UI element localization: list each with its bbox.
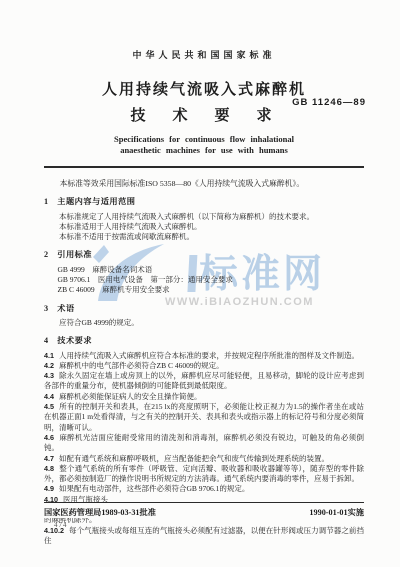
section-heading: 4 技术要求 bbox=[44, 336, 364, 346]
section-heading: 2 引用标准 bbox=[44, 250, 364, 260]
clause-number: 4.7 bbox=[44, 454, 54, 463]
clause-item: 4.4麻醉机必须能保证病人的安全且操作简便。 bbox=[44, 392, 364, 402]
implementation-text: 1990-01-01实施 bbox=[309, 507, 364, 518]
clause-text: 每个气瓶接头或每组互连的气瓶接头必须配有过滤器，以便在针形阀或压力调节器之前挡住 bbox=[44, 526, 364, 545]
clause-number: 4.3 bbox=[44, 371, 54, 380]
divider-rule bbox=[44, 166, 364, 168]
clause-item: 4.8整个通气系统的所有零件（呼吸管、定向活瓣、吸收器和吸收器罐等等），随弃型的… bbox=[44, 464, 364, 485]
clause-text: 如配有通气系统和麻醉呼吸机，应当配备能把余气和废气传输到处理系统的装置。 bbox=[59, 454, 329, 463]
clause-text: 除永久固定在墙上或房顶上的以外，麻醉机应尽可能轻便，且易移动，脚轮的设计应考虑到… bbox=[44, 371, 364, 390]
national-standard-header: 中华人民共和国国家标准 bbox=[44, 48, 364, 61]
section-scope: 1 主题内容与适用范围 本标准规定了人用持续气流吸入式麻醉机（以下简称为麻醉机）… bbox=[44, 197, 364, 242]
english-subtitle: Specifications for continuous flow inhal… bbox=[44, 134, 364, 156]
clause-number: 4.1 bbox=[44, 351, 54, 360]
clause-text: 人用持续气流吸入式麻醉机应符合本标准的要求，并按规定程序所批准的图样及文件制造。 bbox=[59, 351, 359, 360]
title-block: 人用持续气流吸入式麻醉机 技 术 要 求 GB 11246—89 bbox=[44, 78, 364, 125]
clause-item: 4.1人用持续气流吸入式麻醉机应符合本标准的要求，并按规定程序所批准的图样及文件… bbox=[44, 351, 364, 361]
section-terminology: 3 术语 应符合GB 4999的规定。 bbox=[44, 304, 364, 329]
reference-item: GB 9706.1 医用电气设备 第一部分：通用安全要求 bbox=[44, 275, 364, 285]
english-subtitle-line1: Specifications for continuous flow inhal… bbox=[44, 134, 364, 145]
clause-text: 麻醉机必须能保证病人的安全且操作简便。 bbox=[59, 392, 202, 401]
clause-text: 所有的控制开关和表具，在215 lx的亮度照明下，必须能让校正视力为1.5的操作… bbox=[44, 402, 364, 432]
clause-item: 4.10.2每个气瓶接头或每组互连的气瓶接头必须配有过滤器，以便在针形阀或压力调… bbox=[44, 526, 364, 547]
reference-item: ZB C 46009 麻醉机专用安全要求 bbox=[44, 285, 364, 295]
clause-number: 4.2 bbox=[44, 361, 54, 370]
intro-paragraph: 本标准等效采用国际标准ISO 5358—80《人用持续气流吸入式麻醉机》。 bbox=[44, 179, 364, 189]
clause-item: 4.9如果配有电动部件，这些部件必须符合GB 9706.1的规定。 bbox=[44, 484, 364, 494]
clause-item: 4.3除永久固定在墙上或房顶上的以外，麻醉机应尽可能轻便，且易移动，脚轮的设计应… bbox=[44, 371, 364, 392]
clause-item: 4.5所有的控制开关和表具，在215 lx的亮度照明下，必须能让校正视力为1.5… bbox=[44, 402, 364, 433]
clause-text: 整个通气系统的所有零件（呼吸管、定向活瓣、吸收器和吸收器罐等等），随弃型的零件除… bbox=[44, 464, 364, 483]
clause-number: 4.4 bbox=[44, 392, 54, 401]
clause-text: 麻醉机中的电气部件必须符合ZB C 46009的规定。 bbox=[59, 361, 224, 370]
section-heading: 3 术语 bbox=[44, 304, 364, 314]
approval-text: 国家医药管理局1989-03-31批准 bbox=[44, 507, 156, 518]
document-body: 中华人民共和国国家标准 人用持续气流吸入式麻醉机 技 术 要 求 GB 1124… bbox=[44, 0, 364, 546]
paragraph: 应符合GB 4999的规定。 bbox=[44, 318, 364, 328]
clause-number: 4.9 bbox=[44, 484, 54, 493]
document-text: 本标准等效采用国际标准ISO 5358—80《人用持续气流吸入式麻醉机》。 1 … bbox=[44, 179, 364, 546]
clause-text: 如果配有电动部件，这些部件必须符合GB 9706.1的规定。 bbox=[59, 484, 249, 493]
scanned-standard-page: 标准网 WWW.iBIAOZHUN.COM 中华人民共和国国家标准 人用持续气流… bbox=[0, 0, 400, 567]
clause-item: 4.6麻醉机光洁面应能耐受常用的清洗剂和消毒剂，麻醉机必须没有锐边，可触及的角必… bbox=[44, 433, 364, 454]
paragraph: 本标准规定了人用持续气流吸入式麻醉机（以下简称为麻醉机）的技术要求。 bbox=[44, 212, 364, 222]
section-references: 2 引用标准 GB 4999 麻醉设备名词术语 GB 9706.1 医用电气设备… bbox=[44, 250, 364, 295]
paragraph: 本标准不适用于按需流或间歇流麻醉机。 bbox=[44, 232, 364, 242]
footer: 国家医药管理局1989-03-31批准 1990-01-01实施 bbox=[44, 502, 364, 518]
clause-number: 4.6 bbox=[44, 433, 54, 442]
clause-number: 4.5 bbox=[44, 402, 54, 411]
english-subtitle-line2: anaesthetic machines for use with humans bbox=[44, 145, 364, 156]
clause-number: 4.8 bbox=[44, 464, 54, 473]
standard-number: GB 11246—89 bbox=[292, 97, 366, 108]
paragraph: 本标准适用于人用持续气流吸入式麻醉机。 bbox=[44, 222, 364, 232]
section-heading: 1 主题内容与适用范围 bbox=[44, 197, 364, 207]
clause-text: 麻醉机光洁面应能耐受常用的清洗剂和消毒剂，麻醉机必须没有锐边，可触及的角必须倒钝… bbox=[44, 433, 364, 452]
page-number: 474 bbox=[54, 521, 68, 529]
document-title-line1: 人用持续气流吸入式麻醉机 bbox=[44, 78, 364, 99]
reference-item: GB 4999 麻醉设备名词术语 bbox=[44, 265, 364, 275]
clause-item: 4.2麻醉机中的电气部件必须符合ZB C 46009的规定。 bbox=[44, 361, 364, 371]
clause-item: 4.7如配有通气系统和麻醉呼吸机，应当配备能把余气和废气传输到处理系统的装置。 bbox=[44, 454, 364, 464]
